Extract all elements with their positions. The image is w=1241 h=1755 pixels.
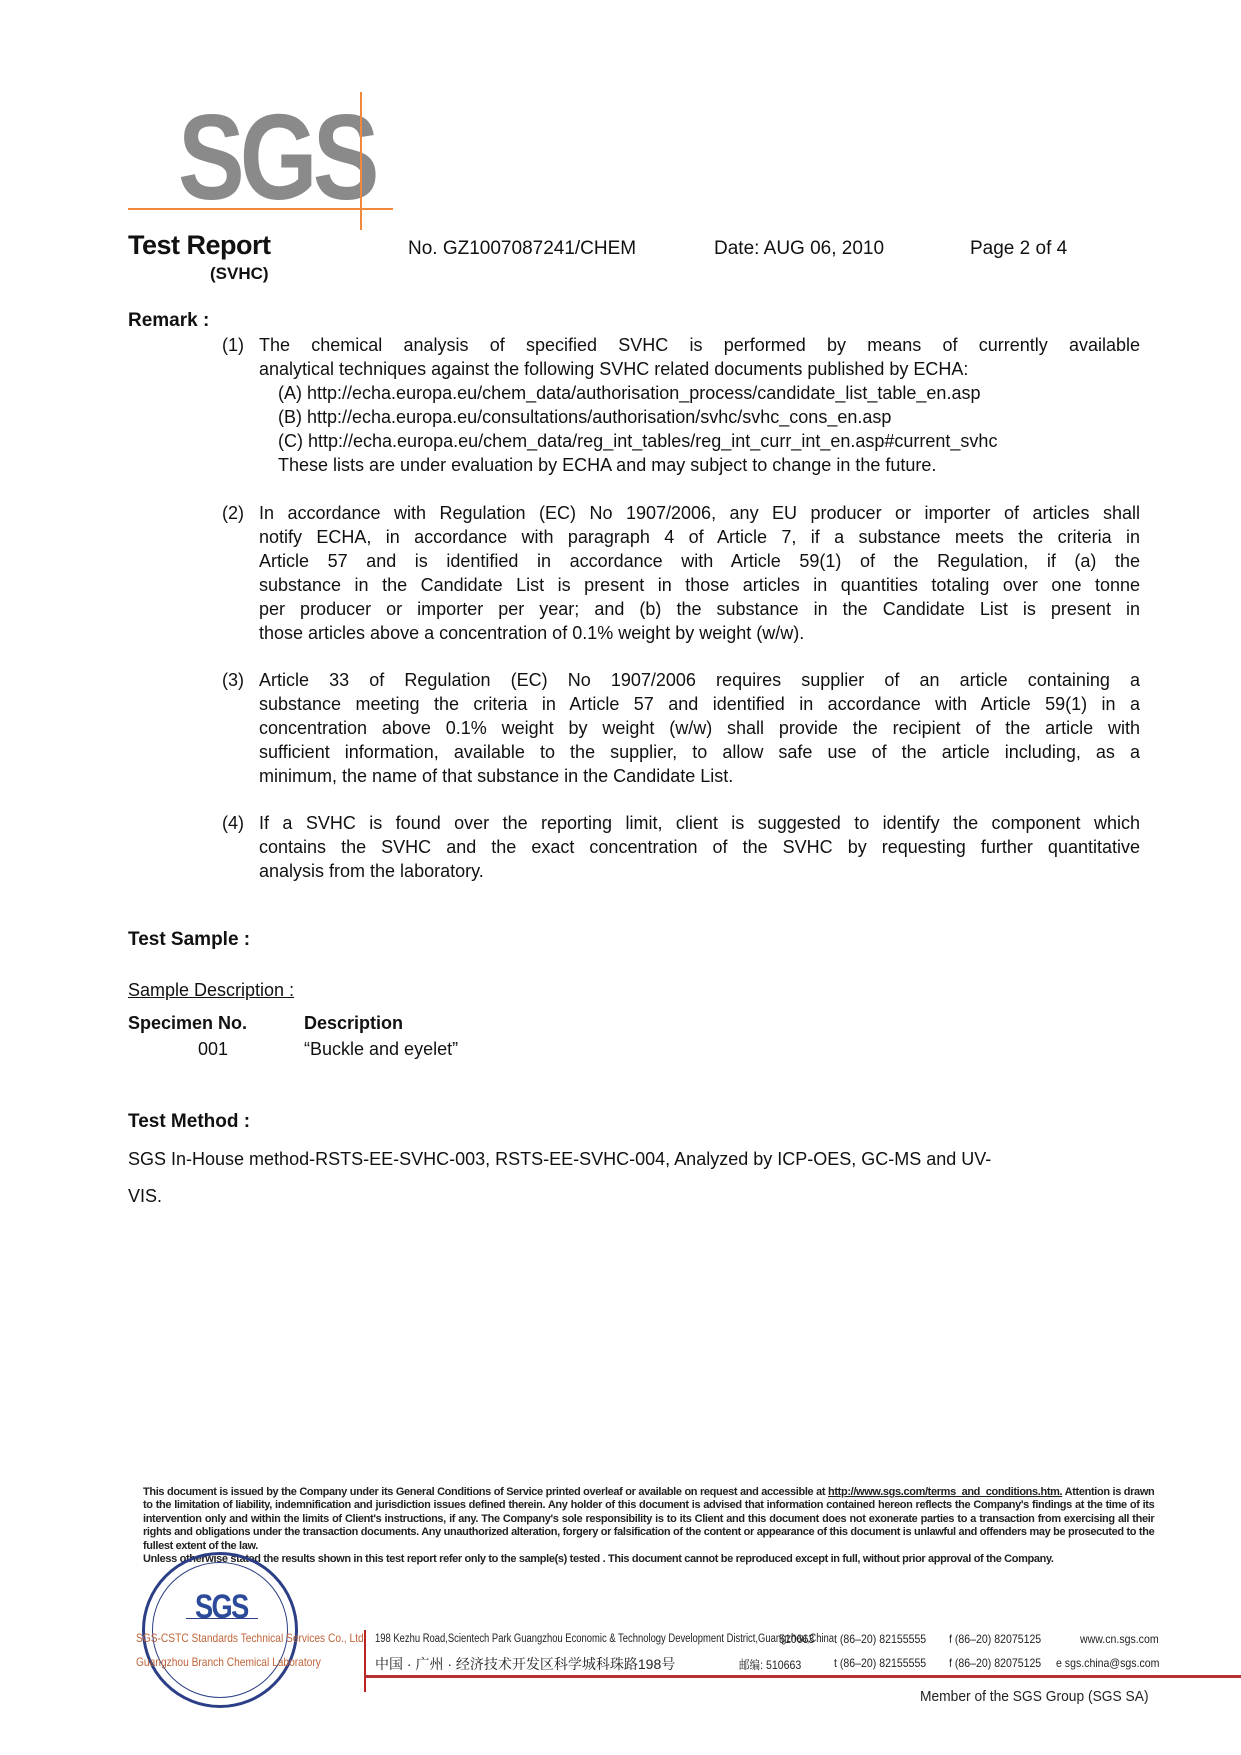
item-line: substance in the Candidate List is prese…: [259, 573, 1140, 597]
item-line: contains the SVHC and the exact concentr…: [259, 835, 1140, 859]
remark-item-2: (2) In accordance with Regulation (EC) N…: [222, 501, 1140, 645]
stamp-rule: [186, 1618, 258, 1619]
item-line: analytical techniques against the follow…: [259, 357, 1140, 381]
echa-link-c[interactable]: (C) http://echa.europa.eu/chem_data/reg_…: [278, 429, 1140, 453]
item-line: The chemical analysis of specified SVHC …: [259, 333, 1140, 357]
footer-red-rule: [364, 1675, 1241, 1678]
company-branch: Guangzhou Branch Chemical Laboratory: [136, 1655, 321, 1669]
item-number: (3): [222, 668, 244, 692]
sample-description-label: Sample Description :: [128, 978, 294, 1002]
test-method-heading: Test Method :: [128, 1111, 250, 1133]
address-divider: [364, 1630, 366, 1692]
test-method-text-cont: VIS.: [128, 1184, 162, 1208]
test-sample-heading: Test Sample :: [128, 929, 250, 951]
remark-item-3: (3) Article 33 of Regulation (EC) No 190…: [222, 668, 1140, 788]
column-header-specimen-no: Specimen No.: [128, 1013, 247, 1034]
website-link[interactable]: www.cn.sgs.com: [1080, 1632, 1159, 1646]
remark-item-1: (1) The chemical analysis of specified S…: [222, 333, 1140, 477]
item-line: concentration above 0.1% weight by weigh…: [259, 716, 1140, 740]
company-name: SGS-CSTC Standards Technical Services Co…: [136, 1631, 364, 1645]
postcode-cn: 邮编: 510663: [739, 1656, 801, 1673]
echa-link-b[interactable]: (B) http://echa.europa.eu/consultations/…: [278, 405, 1140, 429]
item-number: (2): [222, 501, 244, 525]
remark-heading: Remark :: [128, 310, 209, 332]
postcode: 510663: [779, 1632, 814, 1646]
address-english: 198 Kezhu Road,Scientech Park Guangzhou …: [375, 1633, 834, 1645]
company-stamp-inner-ring: [152, 1562, 288, 1698]
column-header-description: Description: [304, 1013, 403, 1034]
disclaimer-sample-note: Unless otherwise stated the results show…: [143, 1553, 1054, 1565]
item-line: Article 57 and is identified in accordan…: [259, 549, 1140, 573]
item-line: Article 33 of Regulation (EC) No 1907/20…: [259, 668, 1140, 692]
logo-vertical-rule: [360, 92, 362, 230]
item-line: If a SVHC is found over the reporting li…: [259, 811, 1140, 835]
item-line: substance meeting the criteria in Articl…: [259, 692, 1140, 716]
sgs-logo: SGS: [178, 96, 375, 218]
fax-2: f (86–20) 82075125: [949, 1656, 1041, 1670]
item-line: per producer or importer per year; and (…: [259, 597, 1140, 621]
item-line: minimum, the name of that substance in t…: [259, 764, 1140, 788]
stamp-sgs-logo: SGS: [195, 1588, 248, 1627]
disclaimer-text: This document is issued by the Company u…: [143, 1486, 828, 1498]
address-chinese: 中国 · 广州 · 经济技术开发区科学城科珠路198号: [375, 1654, 675, 1674]
test-method-text: SGS In-House method-RSTS-EE-SVHC-003, RS…: [128, 1147, 991, 1171]
telephone-2: t (86–20) 82155555: [834, 1656, 926, 1670]
item-line: notify ECHA, in accordance with paragrap…: [259, 525, 1140, 549]
report-subtitle: (SVHC): [210, 264, 269, 284]
item-line: These lists are under evaluation by ECHA…: [278, 453, 1140, 477]
remark-item-4: (4) If a SVHC is found over the reportin…: [222, 811, 1140, 883]
item-line: those articles above a concentration of …: [259, 621, 1140, 645]
item-line: In accordance with Regulation (EC) No 19…: [259, 501, 1140, 525]
report-title: Test Report: [128, 230, 271, 261]
report-number: No. GZ1007087241/CHEM: [408, 238, 636, 260]
report-date: Date: AUG 06, 2010: [714, 238, 884, 260]
email-link[interactable]: e sgs.china@sgs.com: [1056, 1656, 1159, 1670]
fax: f (86–20) 82075125: [949, 1632, 1041, 1646]
item-line: sufficient information, available to the…: [259, 740, 1140, 764]
sgs-group-membership: Member of the SGS Group (SGS SA): [920, 1688, 1149, 1705]
specimen-number-cell: 001: [198, 1037, 228, 1061]
specimen-description-cell: “Buckle and eyelet”: [304, 1037, 458, 1061]
item-line: analysis from the laboratory.: [259, 859, 1140, 883]
telephone: t (86–20) 82155555: [834, 1632, 926, 1646]
item-number: (1): [222, 333, 244, 357]
logo-horizontal-rule: [128, 208, 393, 210]
item-number: (4): [222, 811, 244, 835]
page-number: Page 2 of 4: [970, 238, 1067, 260]
echa-link-a[interactable]: (A) http://echa.europa.eu/chem_data/auth…: [278, 381, 1140, 405]
terms-link[interactable]: http://www.sgs.com/terms_and_conditions.…: [828, 1486, 1062, 1498]
terms-disclaimer: This document is issued by the Company u…: [143, 1486, 1154, 1566]
